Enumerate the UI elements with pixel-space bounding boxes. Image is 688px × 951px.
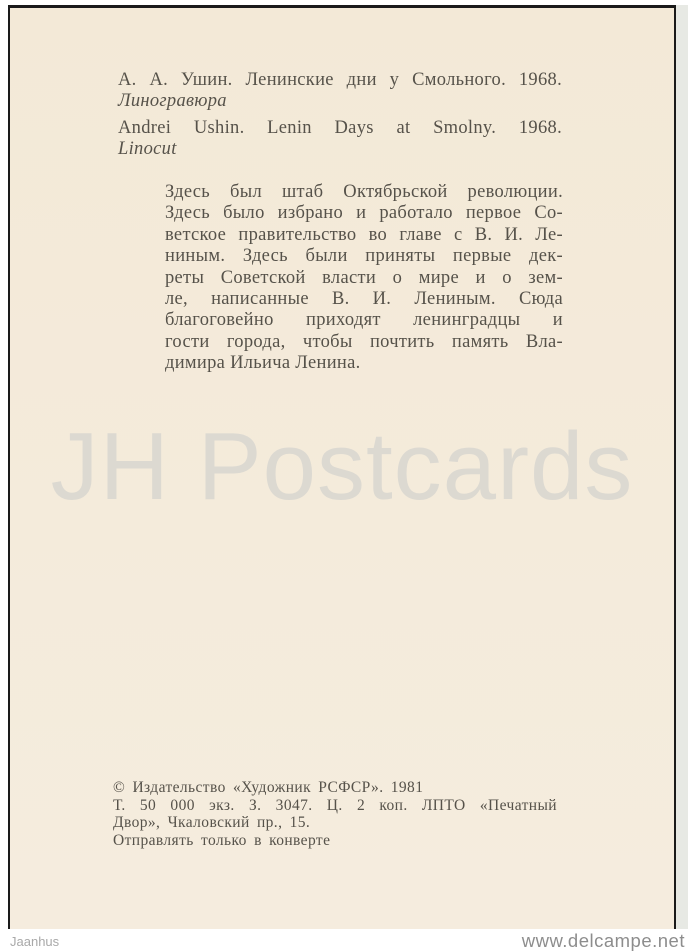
description-line: благоговейно приходят ленинградцы и [165, 310, 563, 331]
artwork-medium-en: Linocut [118, 139, 562, 160]
scan-footer-bar: Jaanhus www.delcampe.net [0, 929, 688, 951]
imprint-edition-line: Т. 50 000 экз. З. 3047. Ц. 2 коп. ЛПТО «… [113, 797, 557, 815]
website-url: www.delcampe.net [522, 930, 685, 951]
description-line: димира Ильича Ленина. [165, 353, 563, 374]
caption-block: А. А. Ушин. Ленинские дни у Смольного. 1… [118, 70, 562, 159]
description-line: гости города, чтобы почтить память Вла- [165, 332, 563, 353]
scan-page: А. А. Ушин. Ленинские дни у Смольного. 1… [0, 0, 688, 951]
artwork-medium-ru: Линогравюра [118, 91, 562, 112]
artwork-title-ru: А. А. Ушин. Ленинские дни у Смольного. 1… [118, 70, 562, 91]
description-line: ле, написанные В. И. Лениным. Сюда [165, 289, 563, 310]
seller-watermark: JH Postcards [10, 412, 674, 522]
description-line: Здесь был штаб Октябрьской революции. [165, 182, 563, 203]
scanner-edge-strip [676, 5, 688, 931]
postcard-back: А. А. Ушин. Ленинские дни у Смольного. 1… [8, 5, 676, 931]
description-line: Здесь было избрано и работало первое Со- [165, 203, 563, 224]
postcard-content: А. А. Ушин. Ленинские дни у Смольного. 1… [10, 8, 674, 929]
seller-name: Jaanhus [10, 934, 59, 949]
description-line: реты Советской власти о мире и о зем- [165, 268, 563, 289]
imprint-address-line: Двор», Чкаловский пр., 15. [113, 814, 557, 832]
imprint-block: © Издательство «Художник РСФСР». 1981 Т.… [113, 779, 557, 849]
description-paragraph: Здесь был штаб Октябрьской революции. Зд… [165, 182, 563, 375]
artwork-title-en: Andrei Ushin. Lenin Days at Smolny. 1968… [118, 118, 562, 139]
imprint-mailing-note: Отправлять только в конверте [113, 832, 557, 850]
imprint-publisher-line: © Издательство «Художник РСФСР». 1981 [113, 779, 557, 797]
description-line: ниным. Здесь были приняты первые дек- [165, 246, 563, 267]
description-line: ветское правительство во главе с В. И. Л… [165, 225, 563, 246]
